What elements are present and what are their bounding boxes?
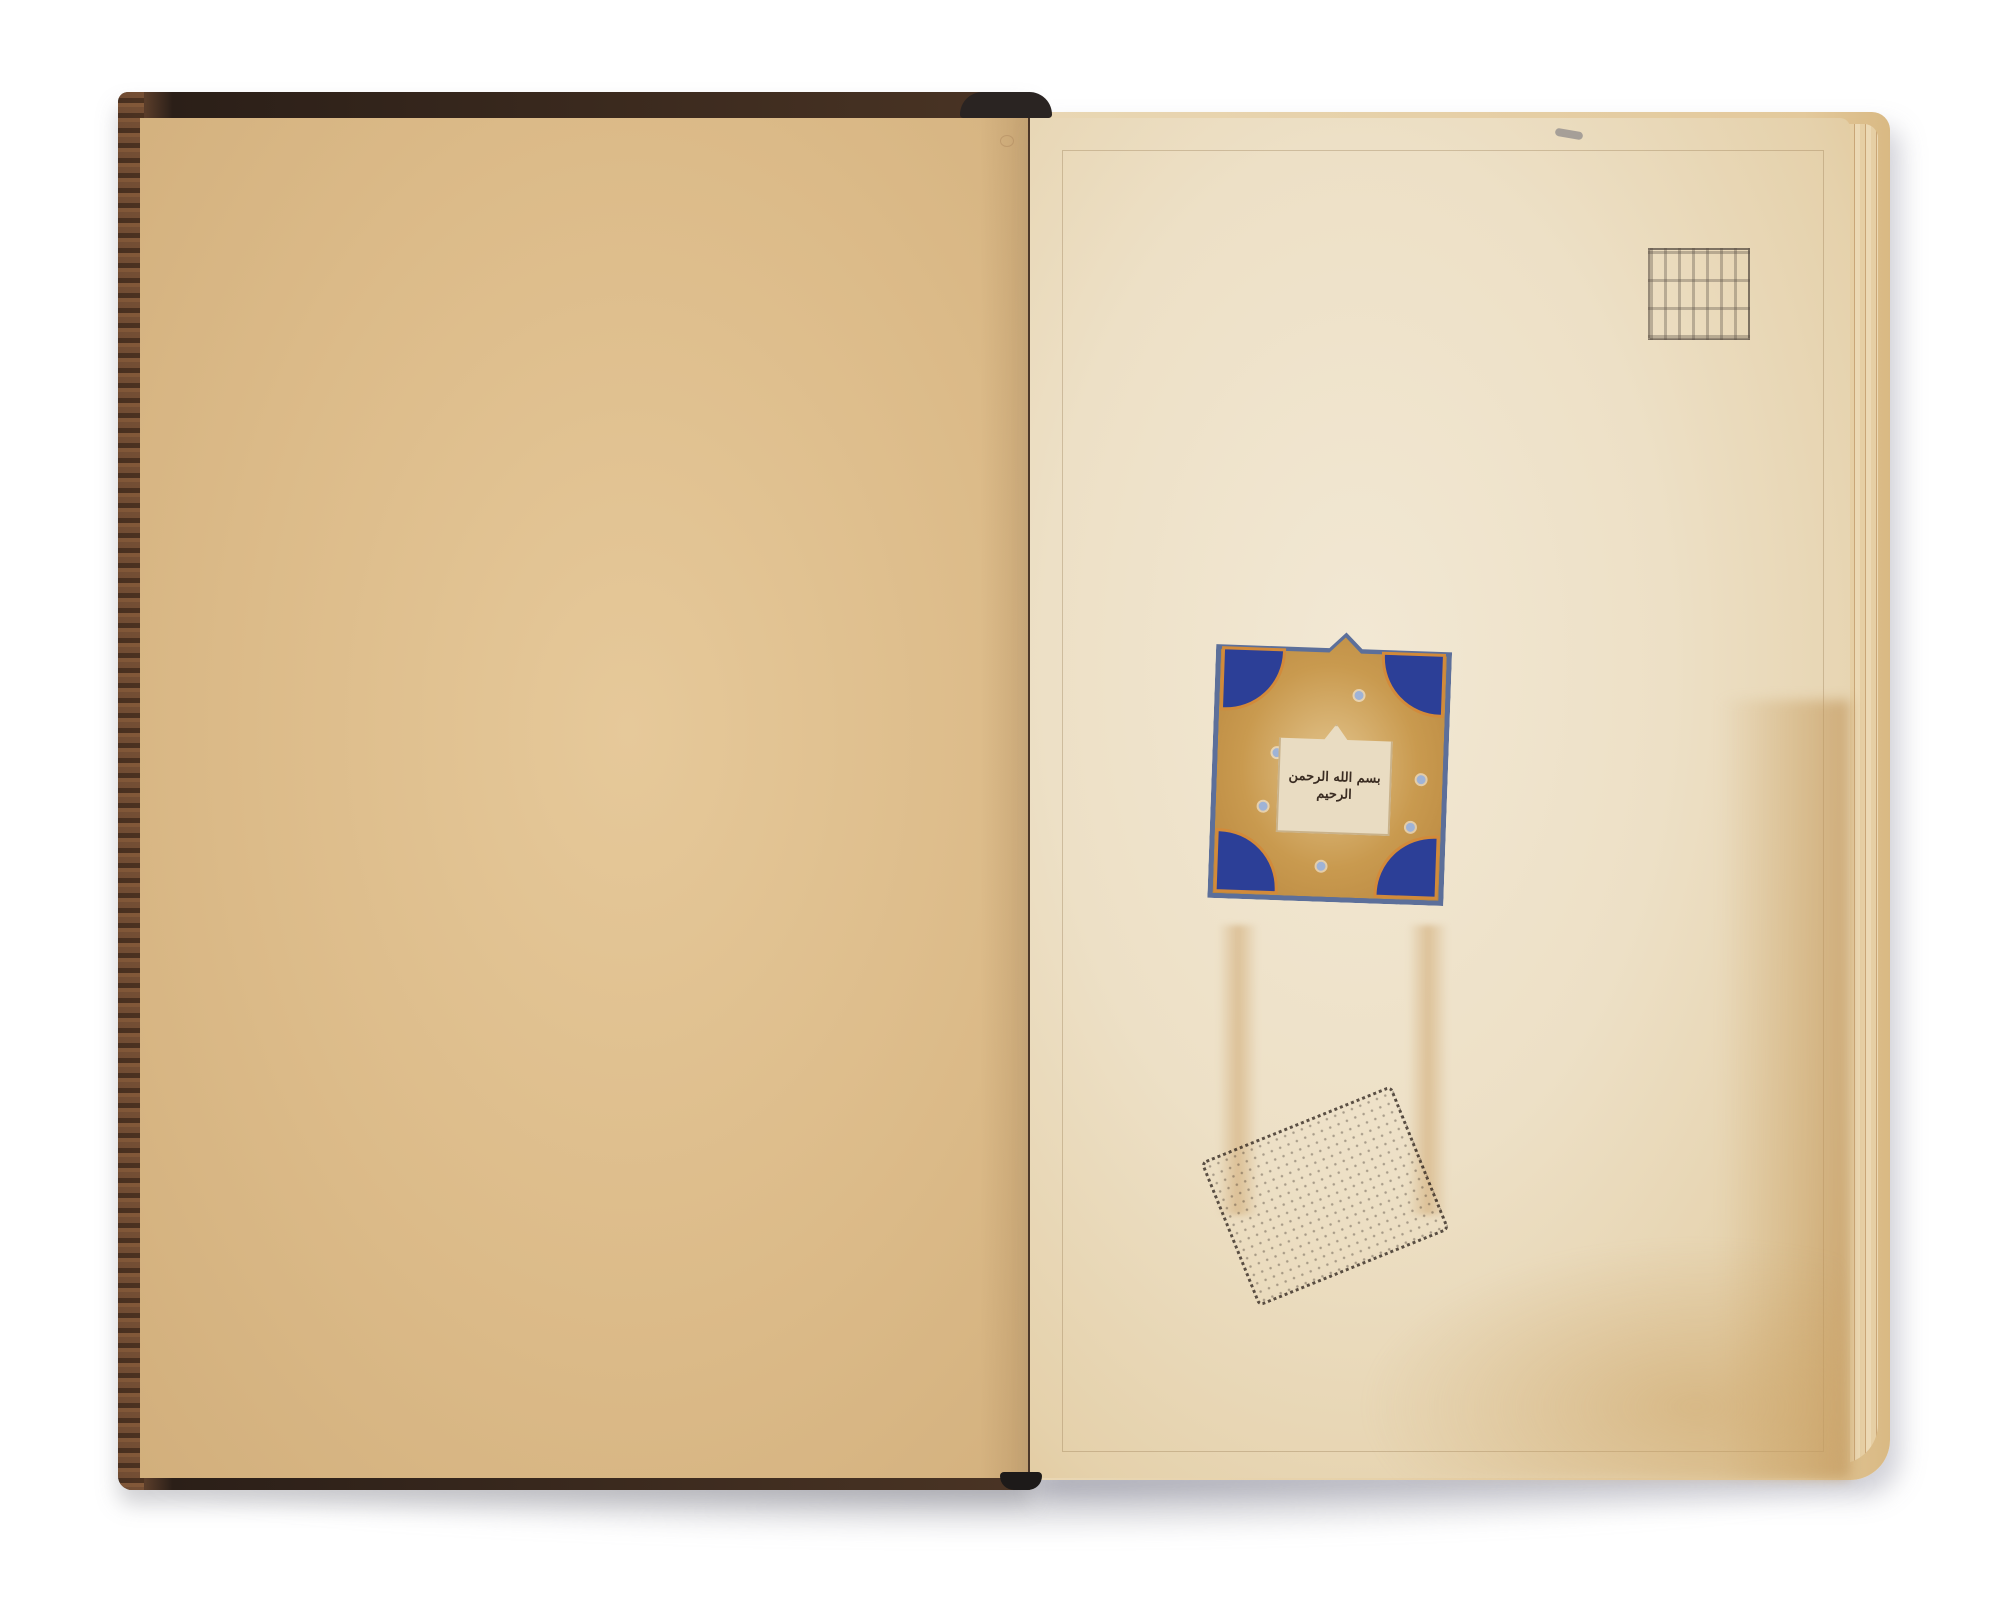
illuminated-headpiece: بسم الله الرحمن الرحيم: [1207, 628, 1452, 906]
spine-tailcap: [1000, 1472, 1042, 1490]
left-endpaper: [140, 118, 1028, 1478]
left-gutter-shade: [980, 118, 1028, 1478]
spine-headcap: [960, 92, 1052, 118]
square-seal-impression: [1648, 248, 1750, 340]
foliation-mark: [1000, 135, 1014, 147]
water-stain-bottom: [1360, 1240, 1840, 1478]
manuscript-photo: بسم الله الرحمن الرحيم: [0, 0, 2000, 1617]
basmala-text: بسم الله الرحمن الرحيم: [1279, 753, 1391, 805]
